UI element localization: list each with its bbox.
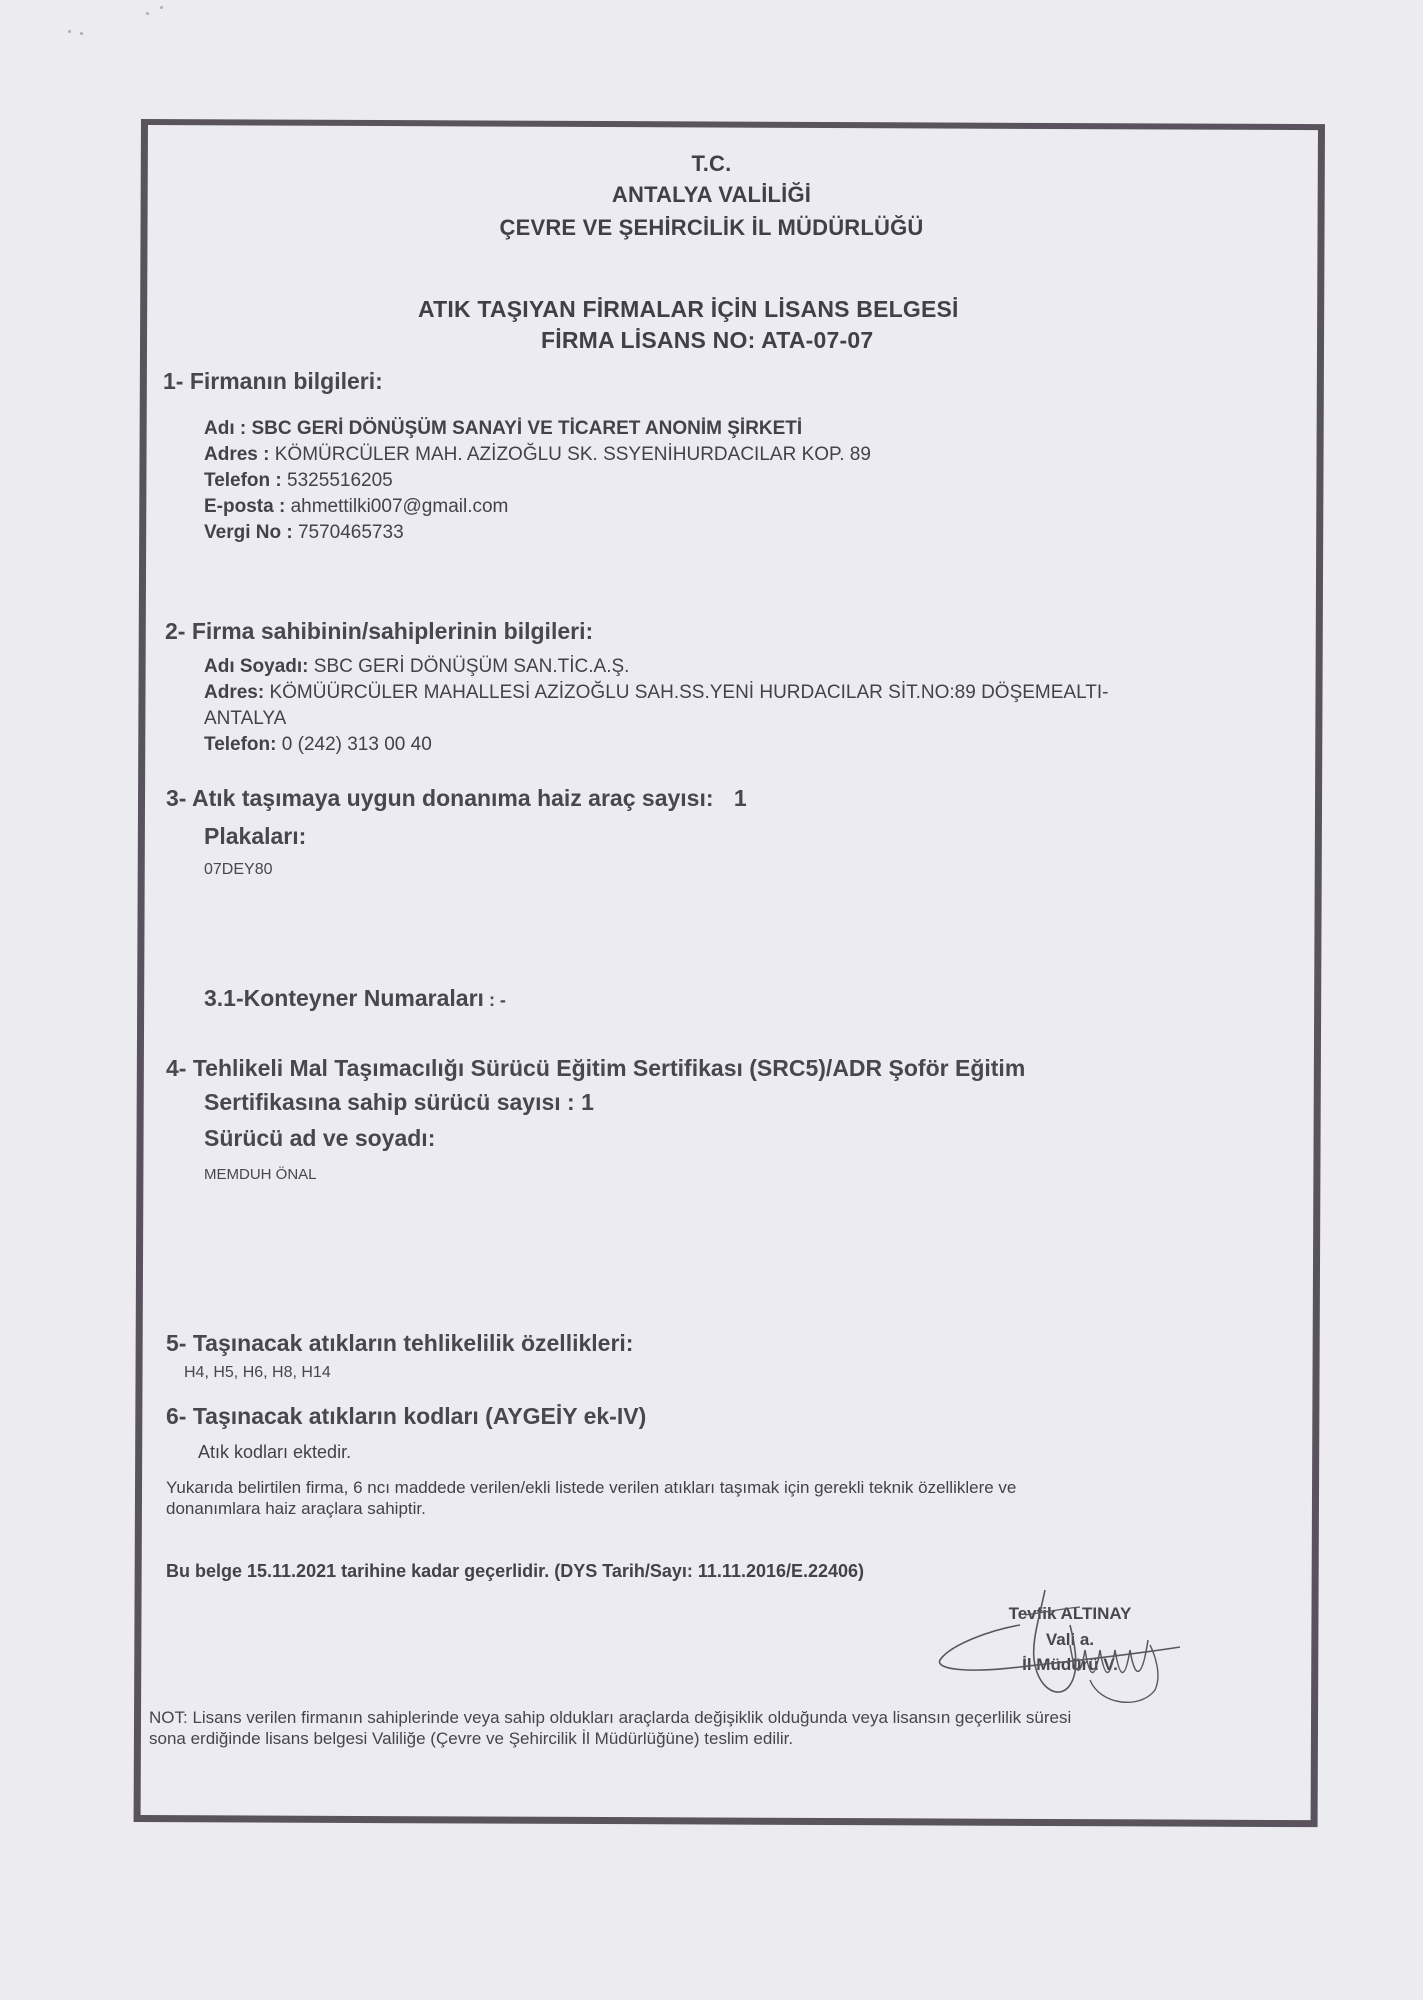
- section6-heading: 6- Taşınacak atıkların kodları (AYGEİY e…: [166, 1403, 646, 1430]
- vehicle-count: 1: [734, 785, 747, 811]
- owner-address-label: Adres:: [204, 682, 269, 703]
- firm-address-label: Adres :: [204, 444, 275, 465]
- firm-email-row: E-posta : ahmettilki007@gmail.com: [204, 496, 508, 518]
- owner-name-value: SBC GERİ DÖNÜŞÜM SAN.TİC.A.Ş.: [314, 656, 630, 677]
- signatory-title1: Vali a.: [960, 1630, 1180, 1650]
- waste-codes: Atık kodları ektedir.: [198, 1442, 351, 1463]
- firm-tax-row: Vergi No : 7570465733: [204, 522, 404, 544]
- section1-heading: 1- Firmanın bilgileri:: [163, 368, 383, 395]
- owner-name-label: Adı Soyadı:: [204, 656, 314, 677]
- license-title: ATIK TAŞIYAN FİRMALAR İÇİN LİSANS BELGES…: [418, 296, 959, 323]
- firm-name-value: SBC GERİ DÖNÜŞÜM SANAYİ VE TİCARET ANONİ…: [252, 418, 803, 439]
- container-value: : -: [484, 990, 506, 1010]
- license-number: FİRMA LİSANS NO: ATA-07-07: [541, 327, 873, 354]
- firm-name-label: Adı :: [204, 418, 252, 439]
- firm-tax-label: Vergi No :: [204, 522, 298, 543]
- header-directorate: ÇEVRE VE ŞEHİRCİLİK İL MÜDÜRLÜĞÜ: [0, 215, 1423, 241]
- section4-heading: 4- Tehlikeli Mal Taşımacılığı Sürücü Eği…: [166, 1055, 1025, 1082]
- container-row: 3.1-Konteyner Numaraları : -: [204, 985, 506, 1012]
- firm-address-row: Adres : KÖMÜRCÜLER MAH. AZİZOĞLU SK. SSY…: [204, 444, 871, 466]
- signatory-title2: İl Müdürü V.: [960, 1655, 1180, 1675]
- firm-email-value: ahmettilki007@gmail.com: [291, 496, 509, 517]
- section3-heading: 3- Atık taşımaya uygun donanıma haiz ara…: [166, 785, 714, 811]
- firm-name-row: Adı : SBC GERİ DÖNÜŞÜM SANAYİ VE TİCARET…: [204, 418, 802, 440]
- scan-speck: [68, 30, 71, 33]
- owner-name-row: Adı Soyadı: SBC GERİ DÖNÜŞÜM SAN.TİC.A.Ş…: [204, 656, 629, 678]
- container-label: 3.1-Konteyner Numaraları: [204, 985, 484, 1011]
- owner-phone-label: Telefon:: [204, 734, 282, 755]
- section2-heading: 2- Firma sahibinin/sahiplerinin bilgiler…: [165, 618, 593, 645]
- scan-speck: [160, 6, 163, 9]
- plates-value: 07DEY80: [204, 861, 273, 879]
- statement-line2: donanımlara haiz araçlara sahiptir.: [166, 1499, 426, 1519]
- owner-address-row: Adres: KÖMÜÜRCÜLER MAHALLESİ AZİZOĞLU SA…: [204, 682, 1108, 704]
- section3-heading-row: 3- Atık taşımaya uygun donanıma haiz ara…: [166, 785, 747, 812]
- owner-address-value: KÖMÜÜRCÜLER MAHALLESİ AZİZOĞLU SAH.SS.YE…: [269, 682, 1108, 703]
- owner-address-line2: ANTALYA: [204, 708, 286, 730]
- firm-phone-row: Telefon : 5325516205: [204, 470, 393, 492]
- hazard-codes: H4, H5, H6, H8, H14: [184, 1364, 331, 1382]
- firm-address-value: KÖMÜRCÜLER MAH. AZİZOĞLU SK. SSYENİHURDA…: [275, 444, 871, 465]
- header-governorship: ANTALYA VALİLİĞİ: [0, 182, 1423, 208]
- plates-label: Plakaları:: [204, 823, 306, 850]
- note-line1: NOT: Lisans verilen firmanın sahiplerind…: [149, 1707, 1071, 1728]
- scan-speck: [146, 12, 149, 15]
- section5-heading: 5- Taşınacak atıkların tehlikelilik özel…: [166, 1330, 633, 1357]
- owner-phone-value: 0 (242) 313 00 40: [282, 734, 432, 755]
- firm-email-label: E-posta :: [204, 496, 291, 517]
- validity-text: Bu belge 15.11.2021 tarihine kadar geçer…: [166, 1561, 864, 1582]
- driver-name: MEMDUH ÖNAL: [204, 1166, 317, 1183]
- firm-phone-label: Telefon :: [204, 470, 287, 491]
- note-line2: sona erdiğinde lisans belgesi Valiliğe (…: [149, 1728, 793, 1749]
- owner-phone-row: Telefon: 0 (242) 313 00 40: [204, 734, 432, 756]
- statement-line1: Yukarıda belirtilen firma, 6 ncı maddede…: [166, 1478, 1016, 1498]
- section4-heading-line2: Sertifikasına sahip sürücü sayısı : 1: [204, 1089, 594, 1116]
- signatory-name: Tevfik ALTINAY: [960, 1604, 1180, 1624]
- firm-tax-value: 7570465733: [298, 522, 404, 543]
- scan-speck: [80, 32, 83, 35]
- firm-phone-value: 5325516205: [287, 470, 393, 491]
- driver-label: Sürücü ad ve soyadı:: [204, 1125, 435, 1152]
- header-tc: T.C.: [0, 151, 1423, 177]
